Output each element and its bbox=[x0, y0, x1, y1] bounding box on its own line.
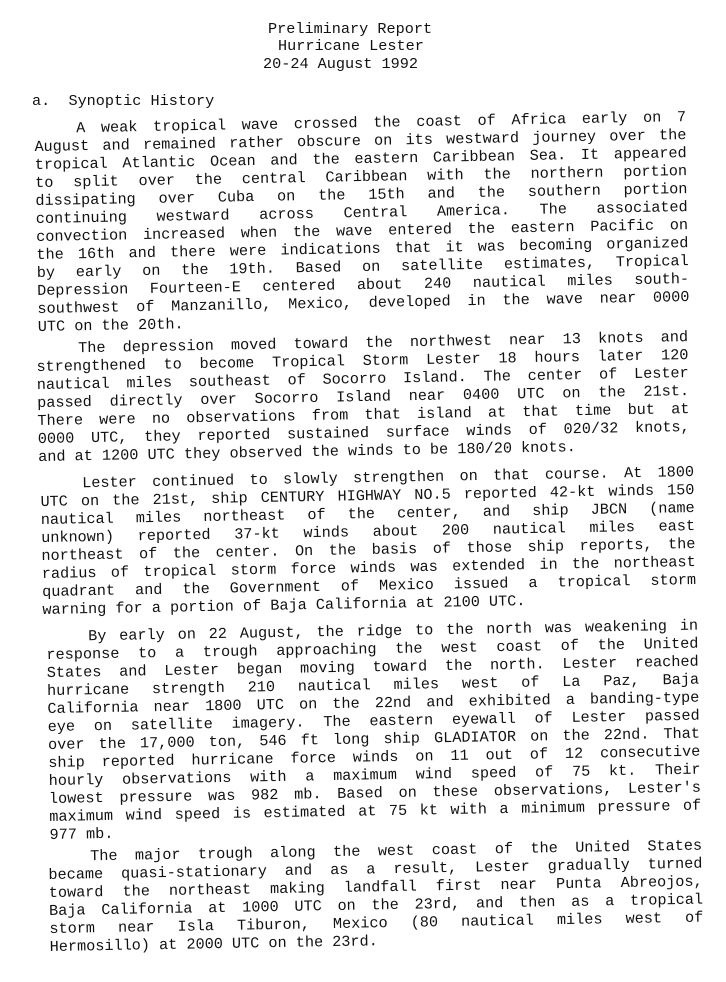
storm-dates: 20-24 August 1992 bbox=[263, 55, 418, 73]
paragraph: The depression moved toward the northwes… bbox=[36, 328, 690, 466]
document-page: Preliminary Report Hurricane Lester 20-2… bbox=[0, 0, 726, 982]
paragraph: By early on 22 August, the ridge to the … bbox=[46, 617, 702, 844]
section-heading-synoptic-history: a. Synoptic History bbox=[32, 92, 214, 110]
paragraph: The major trough along the west coast of… bbox=[48, 837, 704, 956]
paragraph: Lester continued to slowly strengthen on… bbox=[40, 463, 697, 619]
storm-name: Hurricane Lester bbox=[278, 37, 424, 55]
report-title: Preliminary Report bbox=[268, 20, 432, 38]
paragraph: A weak tropical wave crossed the coast o… bbox=[34, 108, 690, 336]
